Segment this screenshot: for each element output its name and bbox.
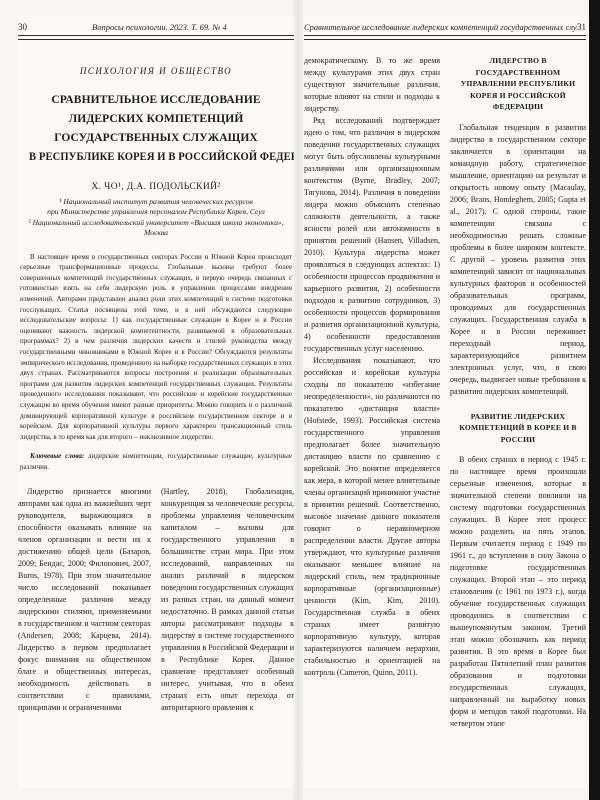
section-label: ПСИХОЛОГИЯ И ОБЩЕСТВО xyxy=(18,66,294,76)
right-page: Сравнительное исследование лидерских ком… xyxy=(304,16,586,788)
section-heading-leadership: ЛИДЕРСТВО В ГОСУДАРСТВЕННОМ УПРАВЛЕНИИ Р… xyxy=(453,55,583,113)
right-head-rule xyxy=(304,35,586,40)
right-page-body-columns: демократическому. В то же время между ку… xyxy=(304,55,586,730)
abstract-block: В настоящее время в государственных сект… xyxy=(20,252,292,443)
left-page: 30 Вопросы психологии. 2023. Т. 69. № 4 … xyxy=(18,16,294,788)
left-page-body-columns: Лидерство признается многими авторами ка… xyxy=(18,486,294,714)
body-paragraph: Лидерство признается многими авторами ка… xyxy=(18,486,151,714)
body-paragraph: В обеих странах в период с 1945 г. по на… xyxy=(450,454,586,730)
right-page-column-1: демократическому. В то же время между ку… xyxy=(304,55,440,730)
article-title: СРАВНИТЕЛЬНОЕ ИССЛЕДОВАНИЕ ЛИДЕРСКИХ КОМ… xyxy=(18,91,294,167)
body-paragraph: Глобальная тенденция в развитии лидерств… xyxy=(450,122,586,398)
affiliation-line-1: ¹ Национальный институт развития человеч… xyxy=(18,197,294,207)
journal-spread: 30 Вопросы психологии. 2023. Т. 69. № 4 … xyxy=(0,0,600,800)
left-page-column-2: (Hartley, 2018). Глобализация, конкуренц… xyxy=(161,486,294,714)
right-running-head: Сравнительное исследование лидерских ком… xyxy=(304,16,586,33)
affiliation-line-3: ² Национальный исследовательский универс… xyxy=(18,218,294,239)
page-binding-shadow xyxy=(292,0,304,800)
left-page-column-1: Лидерство признается многими авторами ка… xyxy=(18,486,151,714)
article-title-line-1: СРАВНИТЕЛЬНОЕ ИССЛЕДОВАНИЕ xyxy=(18,91,294,110)
authors-line: Х. ЧО¹, Д.А. ПОДОЛЬСКИЙ² xyxy=(18,182,294,192)
journal-running-title: Вопросы психологии. 2023. Т. 69. № 4 xyxy=(92,22,227,33)
section-heading-development: РАЗВИТИЕ ЛИДЕРСКИХ КОМПЕТЕНЦИЙ В КОРЕЕ И… xyxy=(453,411,583,446)
abstract-text: В настоящее время в государственных сект… xyxy=(20,252,292,443)
affiliations: ¹ Национальный институт развития человеч… xyxy=(18,197,294,239)
article-title-line-3: ГОСУДАРСТВЕННЫХ СЛУЖАЩИХ xyxy=(18,129,294,148)
article-title-line-4: В РЕСПУБЛИКЕ КОРЕЯ И В РОССИЙСКОЙ ФЕДЕРА… xyxy=(29,148,283,167)
right-page-column-2: ЛИДЕРСТВО В ГОСУДАРСТВЕННОМ УПРАВЛЕНИИ Р… xyxy=(450,55,586,730)
keywords-label: Ключевые слова: xyxy=(30,452,84,460)
right-page-number: 31 xyxy=(577,22,586,33)
body-paragraph: Исследования показывают, что российская … xyxy=(304,355,440,679)
left-head-rule xyxy=(18,35,294,40)
body-paragraph: Ряд исследований подтверждает идею о том… xyxy=(304,115,440,355)
article-running-title: Сравнительное исследование лидерских ком… xyxy=(304,22,577,33)
left-running-head: 30 Вопросы психологии. 2023. Т. 69. № 4 xyxy=(18,16,294,33)
left-page-number: 30 xyxy=(18,22,27,33)
body-paragraph: демократическому. В то же время между ку… xyxy=(304,55,440,115)
keywords-block: Ключевые слова: лидерские компетенции, г… xyxy=(20,451,292,472)
affiliation-line-2: при Министерстве управления персоналом Р… xyxy=(18,207,294,217)
scan-edge-strip xyxy=(589,0,600,800)
article-title-line-2: ЛИДЕРСКИХ КОМПЕТЕНЦИЙ xyxy=(18,110,294,129)
body-paragraph: (Hartley, 2018). Глобализация, конкуренц… xyxy=(161,486,294,714)
